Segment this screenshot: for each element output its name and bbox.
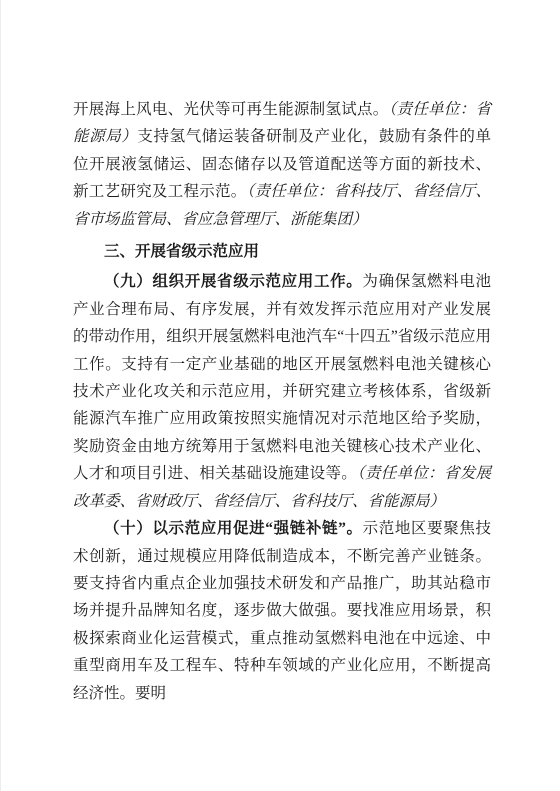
section-heading-text: 三、开展省级示范应用 <box>104 243 259 260</box>
continuation-paragraph: 开展海上风电、光伏等可再生能源制氢试点。（责任单位：省能源局）支持氢气储运装备研… <box>73 96 491 233</box>
section-heading: 三、开展省级示范应用 <box>73 238 491 265</box>
document-body: 开展海上风电、光伏等可再生能源制氢试点。（责任单位：省能源局）支持氢气储运装备研… <box>73 96 491 707</box>
document-page: 开展海上风电、光伏等可再生能源制氢试点。（责任单位：省能源局）支持氢气储运装备研… <box>0 0 560 791</box>
item-title-segment: （十）以示范应用促进“强链补链”。 <box>104 520 363 537</box>
body-text-segment: 开展海上风电、光伏等可再生能源制氢试点。 <box>73 101 389 118</box>
item-ten-paragraph: （十）以示范应用促进“强链补链”。示范地区要聚焦技术创新，通过规模应用降低制造成… <box>73 515 491 707</box>
body-text-segment: 示范地区要聚焦技术创新，通过规模应用降低制造成本，不断完善产业链条。要支持省内重… <box>73 520 491 701</box>
body-text-segment: 为确保氢燃料电池产业合理布局、有序发展，并有效发挥示范应用对产业发展的带动作用，… <box>73 273 491 482</box>
item-title-segment: （九）组织开展省级示范应用工作。 <box>104 273 362 290</box>
item-nine-paragraph: （九）组织开展省级示范应用工作。为确保氢燃料电池产业合理布局、有序发展，并有效发… <box>73 268 491 515</box>
